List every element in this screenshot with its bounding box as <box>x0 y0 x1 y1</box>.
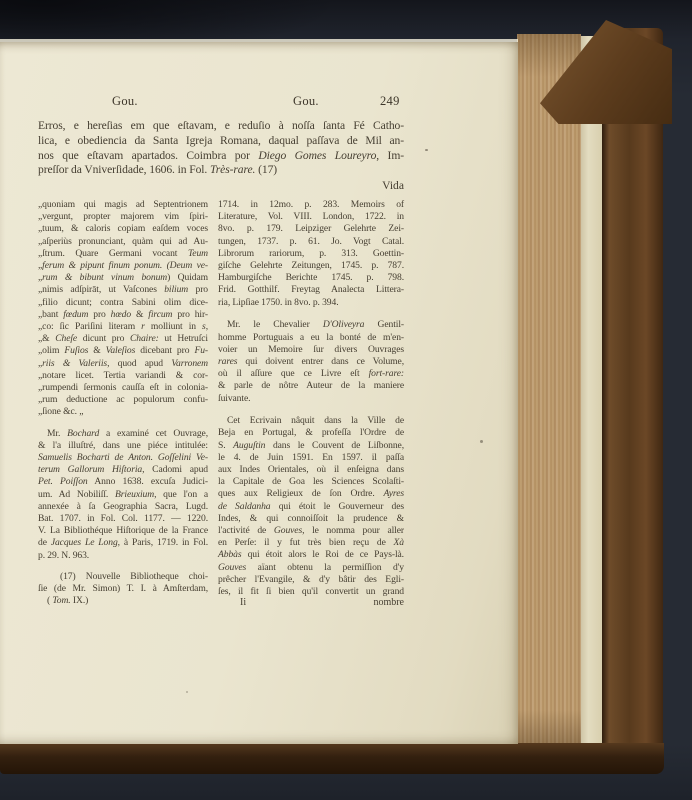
catchword-vida: Vida <box>38 179 404 192</box>
text-line: „ſione &c. „ <box>38 406 208 418</box>
paragraph: Cet Ecrivain nâquit dans la Ville deBeja… <box>218 415 404 598</box>
text-line: Gouves aïant obtenu la permiſſion d'y <box>218 562 404 574</box>
right-column: 1714. in 12mo. p. 283. Memoirs ofLiterat… <box>218 199 404 598</box>
text-line: p. 29. N. 963. <box>38 550 208 562</box>
text-line: Frid. Gotthilf. Freytag Analecta Littera… <box>218 284 404 296</box>
page-speck <box>480 440 483 443</box>
text-line: Erros, e hereſias em que eſtavam, e redu… <box>38 119 404 134</box>
catchword-nombre: nombre <box>373 597 404 608</box>
text-line: „notare licet. Tertia variandi & cor- <box>38 370 208 382</box>
text-line: „rum deductione ac populorum confu- <box>38 394 208 406</box>
text-line: lica, e obediencia da Santa Igreja Roman… <box>38 134 404 149</box>
text-line: terum Gallorum Hiſtoria, Cadomi apud <box>38 464 208 476</box>
text-line: um. Ad Nobiliſſ. Brieuxium, que l'on a <box>38 489 208 501</box>
signature-mark: Ii <box>240 597 246 608</box>
text-line: Mr. le Chevalier D'Oliveyra Gentil- <box>218 319 404 331</box>
book-cover-side <box>602 28 663 762</box>
paragraph: 1714. in 12mo. p. 283. Memoirs ofLiterat… <box>218 199 404 309</box>
text-line: „co: ſic Pariſini literam r molliunt in … <box>38 321 208 333</box>
text-line: „olim Fuſios & Valeſios dicebant pro Fu- <box>38 345 208 357</box>
text-line: „quoniam qui magis ad Septentrionem <box>38 199 208 211</box>
text-line: le 4. de Juin 1591. En 1597. il paſſa <box>218 452 404 464</box>
running-head-right: Gou. <box>293 94 319 109</box>
left-column: „quoniam qui magis ad Septentrionem„verg… <box>38 199 208 608</box>
text-line: Indes, & qui connoiſſoit la prudence & <box>218 513 404 525</box>
text-line: Mr. Bochard a examiné cet Ouvrage, <box>38 428 208 440</box>
text-line: S. Auguſtin dans le Couvent de Liſbonne, <box>218 440 404 452</box>
text-line: annexée à ſa Geographia Sacra, Lugd. <box>38 501 208 513</box>
text-line: „& Cheſe dicunt pro Chaire: ut Hetruſci <box>38 333 208 345</box>
text-line: 8vo. p. 179. Leipziger Gelehrte Zei- <box>218 223 404 235</box>
text-line: nos que eſtavam apartados. Coimbra por D… <box>38 149 404 164</box>
text-line: Pet. Poiſſon Anno 1638. excuſa Judici- <box>38 476 208 488</box>
text-line: ſuivante. <box>218 393 404 405</box>
text-line: Hamburgiſche Berichte 1745. p. 798. <box>218 272 404 284</box>
text-line: giſche Gelehrte Zeitungen, 1745. p. 787. <box>218 260 404 272</box>
text-line: où il aſſure que ce Livre eſt fort-rare: <box>218 368 404 380</box>
page-speck <box>425 149 428 151</box>
paragraph: Erros, e hereſias em que eſtavam, e redu… <box>38 119 404 178</box>
text-line: Literature, Vol. VIII. London, 1722. in <box>218 211 404 223</box>
text-line: ſie (de Mr. Simon) T. I. à Amſterdam, <box>38 583 208 595</box>
text-line: voier un Memoire ſur divers Ouvrages <box>218 344 404 356</box>
intro-paragraph: Erros, e hereſias em que eſtavam, e redu… <box>38 119 404 178</box>
text-line: V. La Bibliothéque Hiſtorique de la Fran… <box>38 525 208 537</box>
text-line: la Capitale de Goa les Sciences Scolaſti… <box>218 476 404 488</box>
text-line: „riis & Valeriis, quod apud Varronem <box>38 358 208 370</box>
paragraph: Mr. Bochard a examiné cet Ouvrage,& l'a … <box>38 428 208 562</box>
text-line: „rum & bibunt vinum bonum) Quidam <box>38 272 208 284</box>
text-line: homme Portuguais a eu la bonté de m'en- <box>218 332 404 344</box>
text-line: de Jacques Le Long, à Paris, 1719. in Fo… <box>38 537 208 549</box>
text-line: l'activité de Gouves, le nomma pour alle… <box>218 525 404 537</box>
text-line: rares qui doivent entrer dans ce Volume, <box>218 356 404 368</box>
paragraph: „quoniam qui magis ad Septentrionem„verg… <box>38 199 208 419</box>
book-page: Gou. Gou. 249 Erros, e hereſias em que e… <box>0 42 518 744</box>
text-line: Librorum rariorum, p. 313. Goettin- <box>218 248 404 260</box>
text-line: Cet Ecrivain nâquit dans la Ville de <box>218 415 404 427</box>
text-line: preſſor da Vniverſidade, 1606. in Fol. T… <box>38 163 404 178</box>
text-line: (17) Nouvelle Bibliotheque choi- <box>38 571 208 583</box>
text-line: en Perſe: il y fut très bien reçu de Xà <box>218 537 404 549</box>
text-line: „aſperiùs pronunciant, quàm qui ad Au- <box>38 236 208 248</box>
text-line: aux Indes Orientales, où il enſeigna dan… <box>218 464 404 476</box>
text-line: „vergunt, propter majorem vim ſpiri- <box>38 211 208 223</box>
text-line: ( Tom. IX.) <box>38 595 208 607</box>
text-line: tungen, 1737. p. 61. Jo. Vogt Catal. <box>218 236 404 248</box>
text-line: Samuelis Bocharti de Anton. Goſſelini Ve… <box>38 452 208 464</box>
text-line: de Saldanha qui étoit le Gouverneur des <box>218 501 404 513</box>
paragraph: (17) Nouvelle Bibliotheque choi-ſie (de … <box>38 571 208 608</box>
page-speck <box>186 691 188 693</box>
text-line: „filio dicunt; contra Sabini olim dice- <box>38 297 208 309</box>
text-line: „rumpendi ſermonis cauſſa eſt in colonia… <box>38 382 208 394</box>
book-photo: Gou. Gou. 249 Erros, e hereſias em que e… <box>0 0 692 800</box>
book-bottom-edge <box>0 743 664 774</box>
text-line: „bant fœdum pro hœdo & fircum pro hir- <box>38 309 208 321</box>
text-line: Beja en Portugal, & profeſſa l'Ordre de <box>218 427 404 439</box>
text-line: & parle de nôtre Auteur de la maniere <box>218 380 404 392</box>
page-number: 249 <box>380 94 400 109</box>
text-line: Abbàs qui étoit alors le Roi de ce Pays-… <box>218 549 404 561</box>
running-head-left: Gou. <box>112 94 138 109</box>
text-line: 1714. in 12mo. p. 283. Memoirs of <box>218 199 404 211</box>
text-line: „ſtrum. Quare Germani vocant Teum <box>38 248 208 260</box>
text-line: & l'a illuſtré, dans une piéce intitulée… <box>38 440 208 452</box>
book-fore-edge <box>517 34 581 753</box>
paragraph: Mr. le Chevalier D'Oliveyra Gentil-homme… <box>218 319 404 404</box>
text-line: ques aux Religieux de ſon Ordre. Ayres <box>218 488 404 500</box>
text-line: „ferum & pipunt finum ponum. (Deum ve- <box>38 260 208 272</box>
text-line: „nimis adſpirāt, ut Vaſcones bilium pro <box>38 284 208 296</box>
text-line: ria, Lipſiae 1750. in 8vo. p. 394. <box>218 297 404 309</box>
text-line: prêcher l'Evangile, & d'y bâtir des Egli… <box>218 574 404 586</box>
text-line: „tuum, & caloris copiam eaſdem voces <box>38 223 208 235</box>
page-footer: Ii nombre <box>218 597 404 608</box>
page-edge-strip <box>581 36 602 752</box>
text-line: Bat. 1707. in Fol. Col. 1177. — 1220. <box>38 513 208 525</box>
